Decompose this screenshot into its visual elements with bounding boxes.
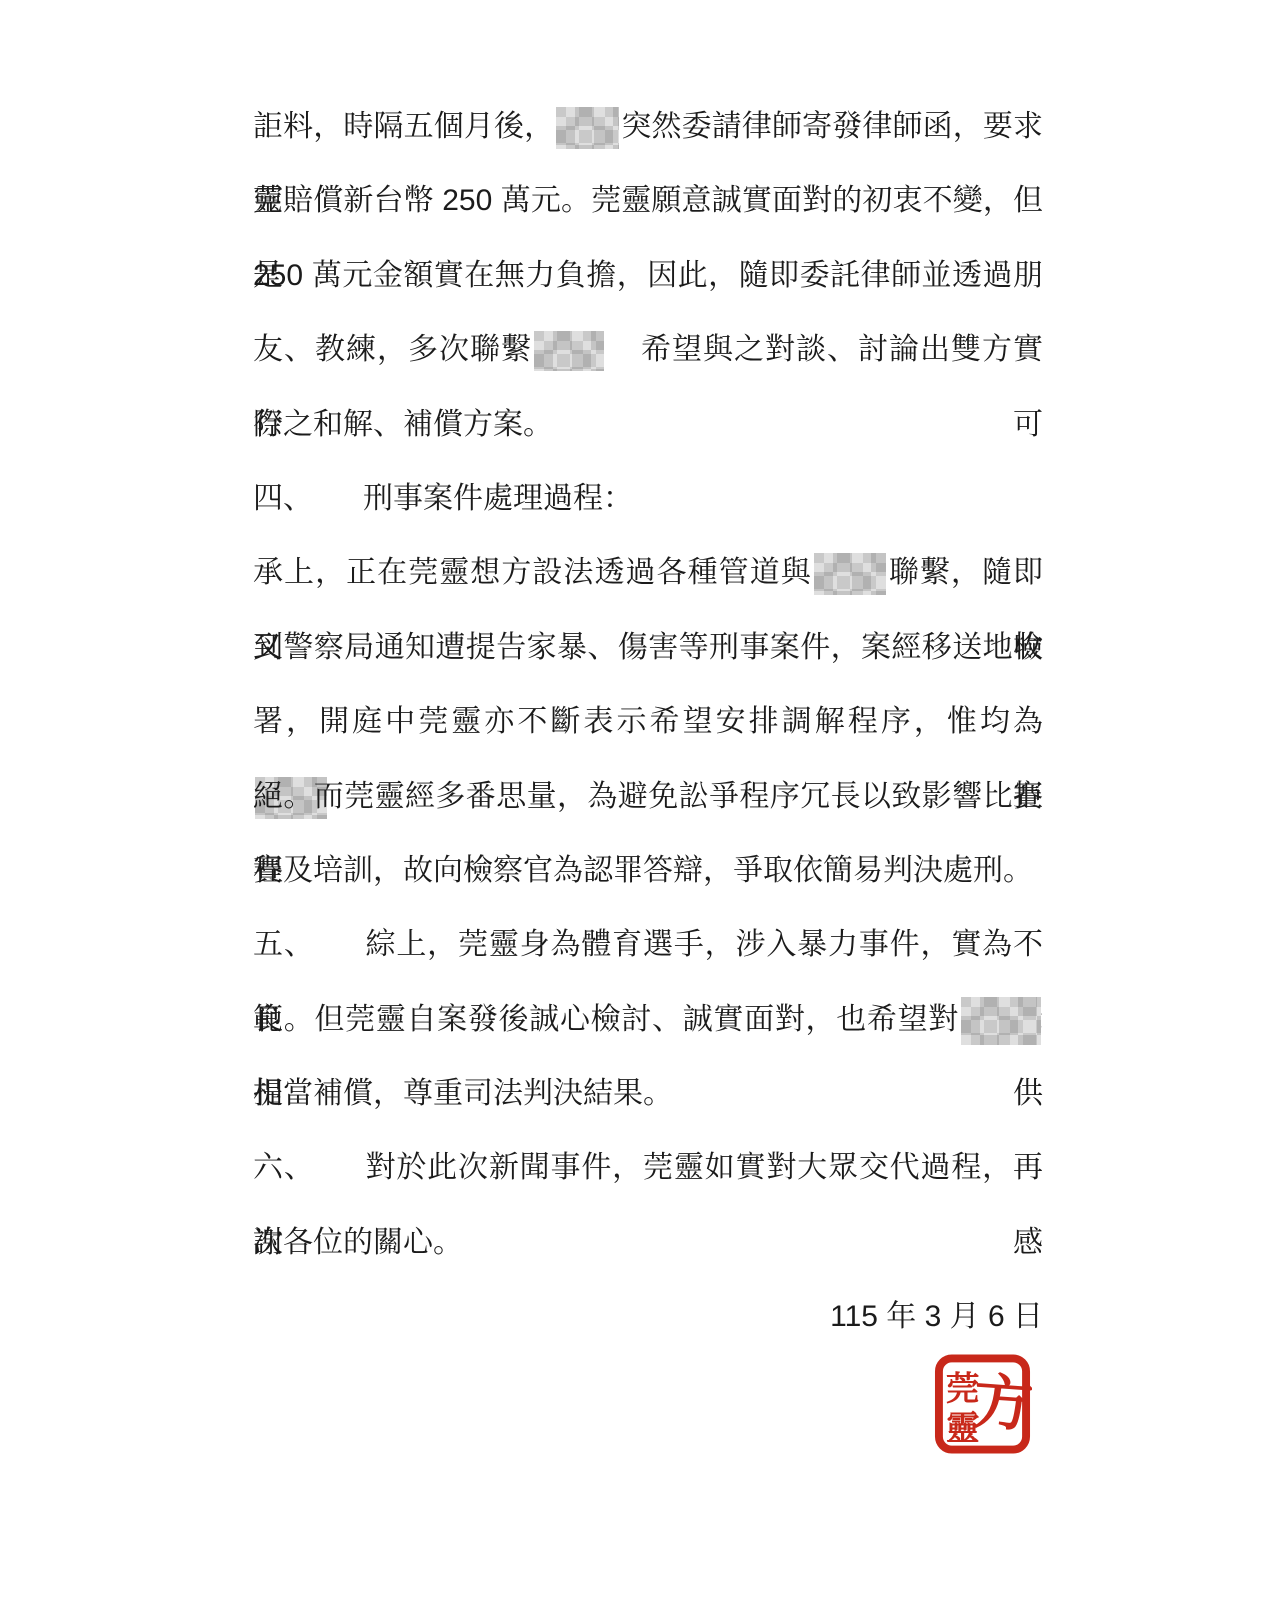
line-text: 承上，正在莞靈想方設法透過各種管道與 xyxy=(253,556,812,589)
seal-graphic: 方 莞 靈 xyxy=(933,1352,1032,1456)
statement-document: 詎料，時隔五個月後，突然委請律師寄發律師函，要求莞 靈賠償新台幣 250 萬元。… xyxy=(253,90,1043,1355)
section-number: 六、 xyxy=(253,1151,315,1184)
line-text: 到警察局通知遭提告家暴、傷害等刑事案件，案經移送地檢 xyxy=(253,631,1043,664)
seal-char-right: 方 xyxy=(971,1368,1032,1439)
line-text: 250 萬元金額實在無力負擔，因此，隨即委託律師並透過朋 xyxy=(253,259,1043,292)
section-number: 五、 xyxy=(253,928,315,961)
name-seal-stamp: 方 莞 靈 xyxy=(933,1352,1032,1456)
redacted-name-blur xyxy=(814,553,886,595)
line-text: 署，開庭中莞靈亦不斷表示希望安排調解程序，惟均為 xyxy=(253,705,1043,738)
section-heading-4: 四、刑事案件處理過程： xyxy=(253,462,1043,536)
text-line: 承上，正在莞靈想方設法透過各種管道與聯繫，隨即又收 xyxy=(253,536,1043,610)
line-text: 程及培訓，故向檢察官為認罪答辯，爭取依簡易判決處刑。 xyxy=(253,854,1033,887)
line-text: 行之和解、補償方案。 xyxy=(253,408,553,441)
text-line: 程及培訓，故向檢察官為認罪答辯，爭取依簡易判決處刑。 xyxy=(253,834,1043,908)
seal-char-left-top: 莞 xyxy=(946,1370,980,1408)
text-line: 詎料，時隔五個月後，突然委請律師寄發律師函，要求莞 xyxy=(253,90,1043,164)
line-text: 範。但莞靈自案發後誠心檢討、誠實面對，也希望對 xyxy=(253,1003,959,1036)
line-text: 相當補償，尊重司法判決結果。 xyxy=(253,1077,673,1110)
seal-char-left-bottom: 靈 xyxy=(946,1410,980,1448)
section-title: 刑事案件處理過程： xyxy=(363,482,633,515)
text-line: 友、教練，多次聯繫希望與之對談、討論出雙方實際可 xyxy=(253,313,1043,387)
section-number: 四、 xyxy=(253,482,313,515)
date-line: 115 年 3 月 6 日 xyxy=(253,1280,1043,1354)
redacted-name-blur xyxy=(534,331,604,371)
text-line: 範。但莞靈自案發後誠心檢討、誠實面對，也希望對提供 xyxy=(253,983,1043,1057)
text-line: 絕。而莞靈經多番思量，為避免訟爭程序冗長以致影響比賽賽 xyxy=(253,760,1043,834)
text-line: 250 萬元金額實在無力負擔，因此，隨即委託律師並透過朋 xyxy=(253,239,1043,313)
redacted-name-blur xyxy=(961,997,1041,1045)
line-text: 友、教練，多次聯繫 xyxy=(253,333,532,366)
text-line: 到警察局通知遭提告家暴、傷害等刑事案件，案經移送地檢 xyxy=(253,611,1043,685)
date-text: 115 年 3 月 6 日 xyxy=(830,1300,1043,1333)
text-line: 靈賠償新台幣 250 萬元。莞靈願意誠實面對的初衷不變，但是 xyxy=(253,164,1043,238)
text-line: 署，開庭中莞靈亦不斷表示希望安排調解程序，惟均為拒 xyxy=(253,685,1043,759)
line-text: 詎料，時隔五個月後， xyxy=(253,110,554,143)
line-text: 謝各位的關心。 xyxy=(253,1226,463,1259)
section-heading-5: 五、綜上，莞靈身為體育選手，涉入暴力事件，實為不良示 xyxy=(253,908,1043,982)
section-heading-6: 六、對於此次新聞事件，莞靈如實對大眾交代過程，再次感 xyxy=(253,1131,1043,1205)
redacted-name-blur xyxy=(556,107,619,149)
